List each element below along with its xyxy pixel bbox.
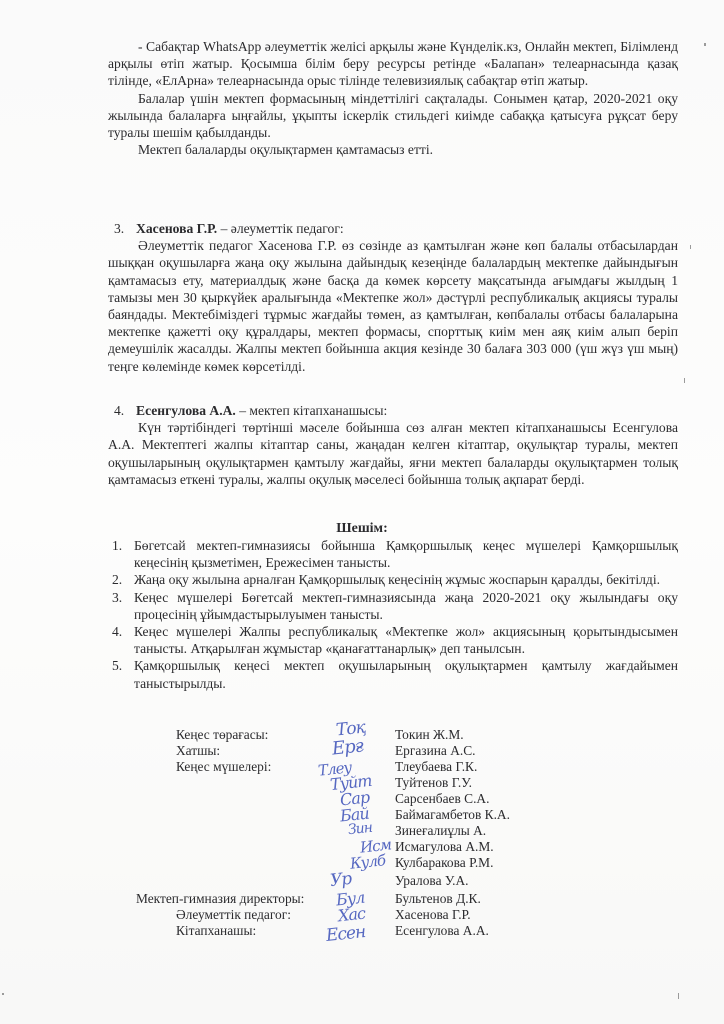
handwritten-signature: Ур: [329, 869, 352, 891]
scan-speck: [684, 378, 685, 383]
speaker-role: – мектеп кітапханашысы:: [236, 403, 387, 418]
signatory-name: Уралова У.А.: [395, 873, 469, 888]
paragraph-online-lessons: - Сабақтар WhatsApp әлеуметтік желісі ар…: [108, 38, 678, 90]
decision-list: 1.Бөгетсай мектеп-гимназиясы бойынша Қам…: [112, 537, 678, 692]
decision-item: 1.Бөгетсай мектеп-гимназиясы бойынша Қам…: [112, 537, 678, 571]
agenda-item-4-heading: 4.Есенгулова А.А. – мектеп кітапханашысы…: [108, 402, 678, 419]
decision-item: 2.Жаңа оқу жылына арналған Қамқоршылық к…: [112, 571, 678, 588]
intro-section: - Сабақтар WhatsApp әлеуметтік желісі ар…: [108, 38, 678, 158]
signatory-name: Токин Ж.М.: [395, 727, 464, 742]
decision-item: 4.Кеңес мүшелері Жалпы республикалық «Ме…: [112, 623, 678, 657]
signatory-name: Бультенов Д.К.: [395, 891, 481, 906]
role-secretary: Хатшы:: [176, 743, 220, 758]
speaker-name: Есенгулова А.А.: [136, 403, 236, 418]
signatory-name: Зинеғалиұлы А.: [395, 823, 486, 838]
agenda-item-3-text: Әлеуметтік педагог Хасенова Г.Р. өз сөзі…: [108, 237, 678, 375]
signatory-name: Сарсенбаев С.А.: [395, 791, 489, 806]
agenda-item-number: 4.: [114, 402, 136, 419]
scanned-page: - Сабақтар WhatsApp әлеуметтік желісі ар…: [0, 0, 724, 1024]
handwritten-signature: Кулб: [349, 851, 386, 873]
speaker-name: Хасенова Г.Р.: [136, 221, 217, 236]
speaker-role: – әлеуметтік педагог:: [217, 221, 344, 236]
decision-title: Шешім:: [0, 521, 724, 537]
agenda-item-4-text: Күн тәртібіндегі төртінші мәселе бойынша…: [108, 419, 678, 488]
handwritten-signature: Зин: [347, 820, 373, 838]
signatory-name: Есенгулова А.А.: [395, 923, 489, 938]
paragraph-school-uniform: Балалар үшін мектеп формасының міндеттіл…: [108, 90, 678, 142]
signatory-name: Туйтенов Г.У.: [395, 775, 472, 790]
agenda-item-3-heading: 3.Хасенова Г.Р. – әлеуметтік педагог:: [108, 220, 678, 237]
decision-item: 3.Кеңес мүшелері Бөгетсай мектеп-гимнази…: [112, 589, 678, 623]
role-social-pedagogue: Әлеуметтік педагог:: [176, 907, 291, 922]
decision-item: 5.Қамқоршылық кеңесі мектеп оқушыларының…: [112, 657, 678, 691]
signatory-name: Тлеубаева Г.К.: [395, 759, 477, 774]
agenda-item-number: 3.: [114, 220, 136, 237]
signatory-name: Хасенова Г.Р.: [395, 907, 471, 922]
signatory-name: Ергазина А.С.: [395, 743, 476, 758]
signatory-name: Кулбаракова Р.М.: [395, 855, 493, 870]
paragraph-textbooks: Мектеп балаларды оқулықтармен қамтамасыз…: [108, 141, 678, 158]
signatory-name: Баймагамбетов К.А.: [395, 807, 510, 822]
handwritten-signature: Есен: [325, 922, 366, 946]
role-librarian: Кітапханашы:: [176, 923, 256, 938]
signatory-name: Исмагулова А.М.: [395, 839, 494, 854]
scan-speck: [2, 993, 4, 995]
role-director: Мектеп-гимназия директоры:: [136, 891, 304, 906]
scan-speck: [690, 245, 691, 249]
handwritten-signature: Ерғ: [331, 735, 364, 759]
scan-speck: [678, 993, 679, 999]
role-members: Кеңес мүшелері:: [176, 759, 271, 774]
agenda-item-3: 3.Хасенова Г.Р. – әлеуметтік педагог: Әл…: [108, 220, 678, 375]
scan-speck: [704, 43, 706, 46]
role-chair: Кеңес төрағасы:: [176, 727, 268, 742]
agenda-item-4: 4.Есенгулова А.А. – мектеп кітапханашысы…: [108, 402, 678, 488]
